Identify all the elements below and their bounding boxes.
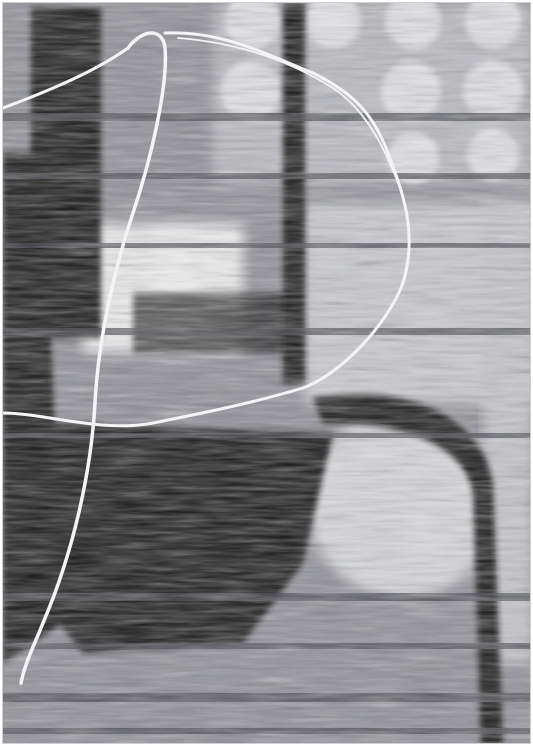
rug-pattern	[3, 3, 531, 744]
rug-image	[2, 2, 531, 744]
